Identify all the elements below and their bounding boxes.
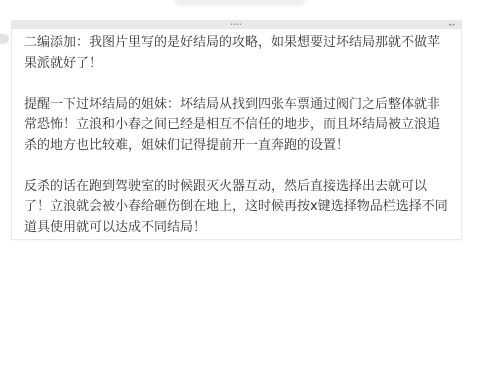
paragraph-edit-note: 二编添加：我图片里写的是好结局的攻略，如果想要过坏结局那就不做苹果派就好了！ bbox=[24, 33, 449, 74]
paragraph-bad-ending-reminder: 提醒一下过坏结局的姐妹：坏结局从找到四张车票通过阀门之后整体就非常恐怖！立浪和小… bbox=[24, 95, 449, 157]
panel-body: 二编添加：我图片里写的是好结局的攻略，如果想要过坏结局那就不做苹果派就好了！ 提… bbox=[12, 29, 461, 238]
top-shadow-decoration bbox=[175, 0, 305, 6]
side-expand-tab[interactable] bbox=[0, 34, 9, 44]
content-panel: •••• ◂ ▸ 二编添加：我图片里写的是好结局的攻略，如果想要过坏结局那就不做… bbox=[11, 20, 462, 240]
panel-header: •••• ◂ ▸ bbox=[12, 21, 461, 29]
paragraph-counterattack-tip: 反杀的话在跑到驾驶室的时候跟灭火器互动，然后直接选择出去就可以了！立浪就会被小春… bbox=[24, 177, 449, 239]
drag-handle-icon[interactable]: •••• bbox=[230, 23, 242, 27]
nav-arrows-icon[interactable]: ◂ ▸ bbox=[448, 21, 455, 29]
